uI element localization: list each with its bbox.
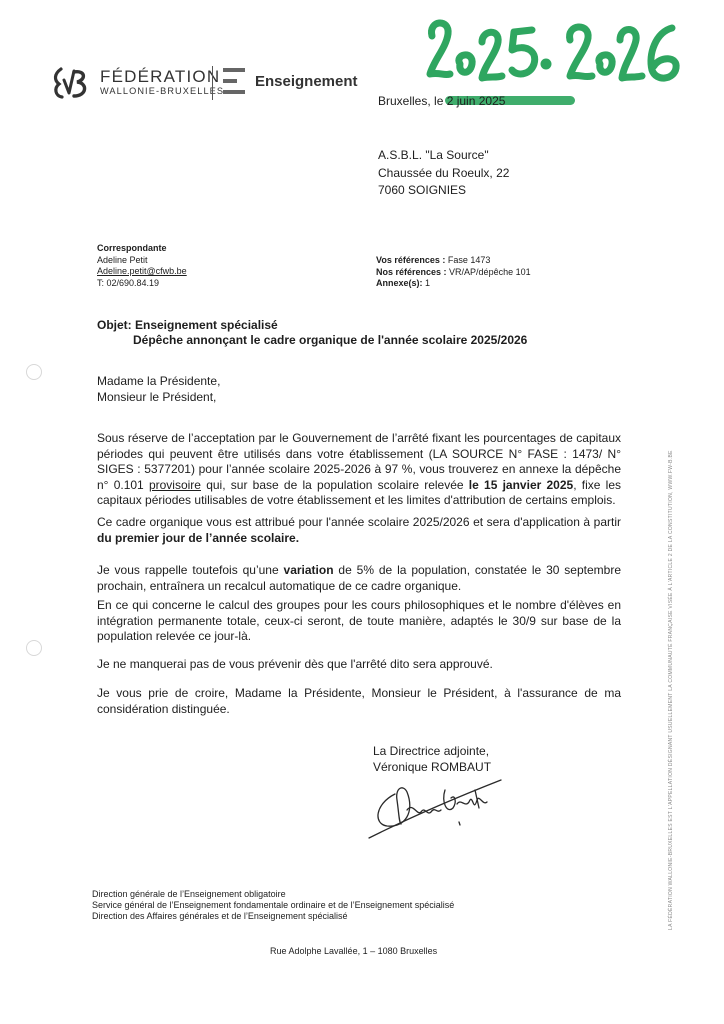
punch-hole-mark [26, 640, 42, 656]
footer-address: Rue Adolphe Lavallée, 1 – 1080 Bruxelles [270, 946, 437, 956]
subject-line2: Dépêche annonçant le cadre organique de … [97, 333, 527, 348]
fwb-logo-icon [52, 66, 90, 100]
p3-text-a: Je vous rappelle toutefois qu’une [97, 563, 284, 577]
logo-line2: WALLONIE-BRUXELLES [100, 86, 224, 96]
body-paragraph-2: Ce cadre organique vous est attribué pou… [97, 515, 621, 546]
recipient-address: A.S.B.L. "La Source" Chaussée du Roeulx,… [378, 147, 509, 200]
your-ref-value: Fase 1473 [445, 255, 490, 265]
your-ref-label: Vos références : [376, 255, 445, 265]
logo-line1: FÉDÉRATION [100, 67, 220, 87]
punch-hole-mark [26, 364, 42, 380]
federation-logo: FÉDÉRATION WALLONIE-BRUXELLES Enseigneme… [52, 64, 362, 102]
p1-text-b: qui, sur base de la population scolaire … [201, 478, 469, 492]
side-legal-note: LA FÉDÉRATION WALLONIE-BRUXELLES EST L'A… [668, 410, 674, 930]
logo-division: Enseignement [255, 73, 358, 90]
letter-date: Bruxelles, le 2 juin 2025 [378, 94, 505, 108]
p2-bold: du premier jour de l’année scolaire. [97, 531, 299, 545]
salutation-line1: Madame la Présidente, [97, 373, 220, 389]
references-block: Vos références : Fase 1473 Nos référence… [376, 255, 531, 290]
p1-underlined: provisoire [149, 478, 201, 492]
subject-line1: Objet: Enseignement spécialisé [97, 318, 527, 333]
salutation: Madame la Présidente, Monsieur le Présid… [97, 373, 220, 405]
footer-departments: Direction générale de l’Enseignement obl… [92, 889, 454, 922]
recipient-line2: Chaussée du Roeulx, 22 [378, 165, 509, 183]
our-ref-label: Nos références : [376, 267, 447, 277]
p1-bold-date: le 15 janvier 2025 [469, 478, 573, 492]
signer-block: La Directrice adjointe, Véronique ROMBAU… [373, 743, 491, 775]
body-paragraph-4: En ce qui concerne le calcul des groupes… [97, 598, 621, 645]
salutation-line2: Monsieur le Président, [97, 389, 220, 405]
signer-title: La Directrice adjointe, [373, 743, 491, 759]
signature-icon [365, 772, 505, 842]
handwritten-year-annotation [420, 14, 685, 92]
recipient-line1: A.S.B.L. "La Source" [378, 147, 509, 165]
body-paragraph-5: Je ne manquerai pas de vous prévenir dès… [97, 657, 621, 673]
correspondent-phone: T: 02/690.84.19 [97, 278, 187, 290]
correspondent-title: Correspondante [97, 243, 187, 255]
body-paragraph-1: Sous réserve de l’acceptation par le Gou… [97, 431, 621, 509]
our-ref-value: VR/AP/dépêche 101 [447, 267, 531, 277]
correspondent-name: Adeline Petit [97, 255, 187, 267]
correspondent-email-link[interactable]: Adeline.petit@cfwb.be [97, 266, 187, 278]
body-paragraph-3: Je vous rappelle toutefois qu’une variat… [97, 563, 621, 594]
body-paragraph-6: Je vous prie de croire, Madame la Présid… [97, 686, 621, 717]
p2-text-a: Ce cadre organique vous est attribué pou… [97, 515, 621, 529]
footer-dept-2: Service général de l’Enseignement fondam… [92, 900, 454, 911]
footer-dept-1: Direction générale de l’Enseignement obl… [92, 889, 454, 900]
p3-bold: variation [284, 563, 334, 577]
subject-block: Objet: Enseignement spécialisé Dépêche a… [97, 318, 527, 348]
correspondent-block: Correspondante Adeline Petit Adeline.pet… [97, 243, 187, 289]
annex-value: 1 [423, 278, 431, 288]
logo-divider [212, 66, 213, 100]
enseignement-bars-icon [223, 68, 245, 98]
footer-dept-3: Direction des Affaires générales et de l… [92, 911, 454, 922]
annex-label: Annexe(s): [376, 278, 423, 288]
recipient-line3: 7060 SOIGNIES [378, 182, 509, 200]
